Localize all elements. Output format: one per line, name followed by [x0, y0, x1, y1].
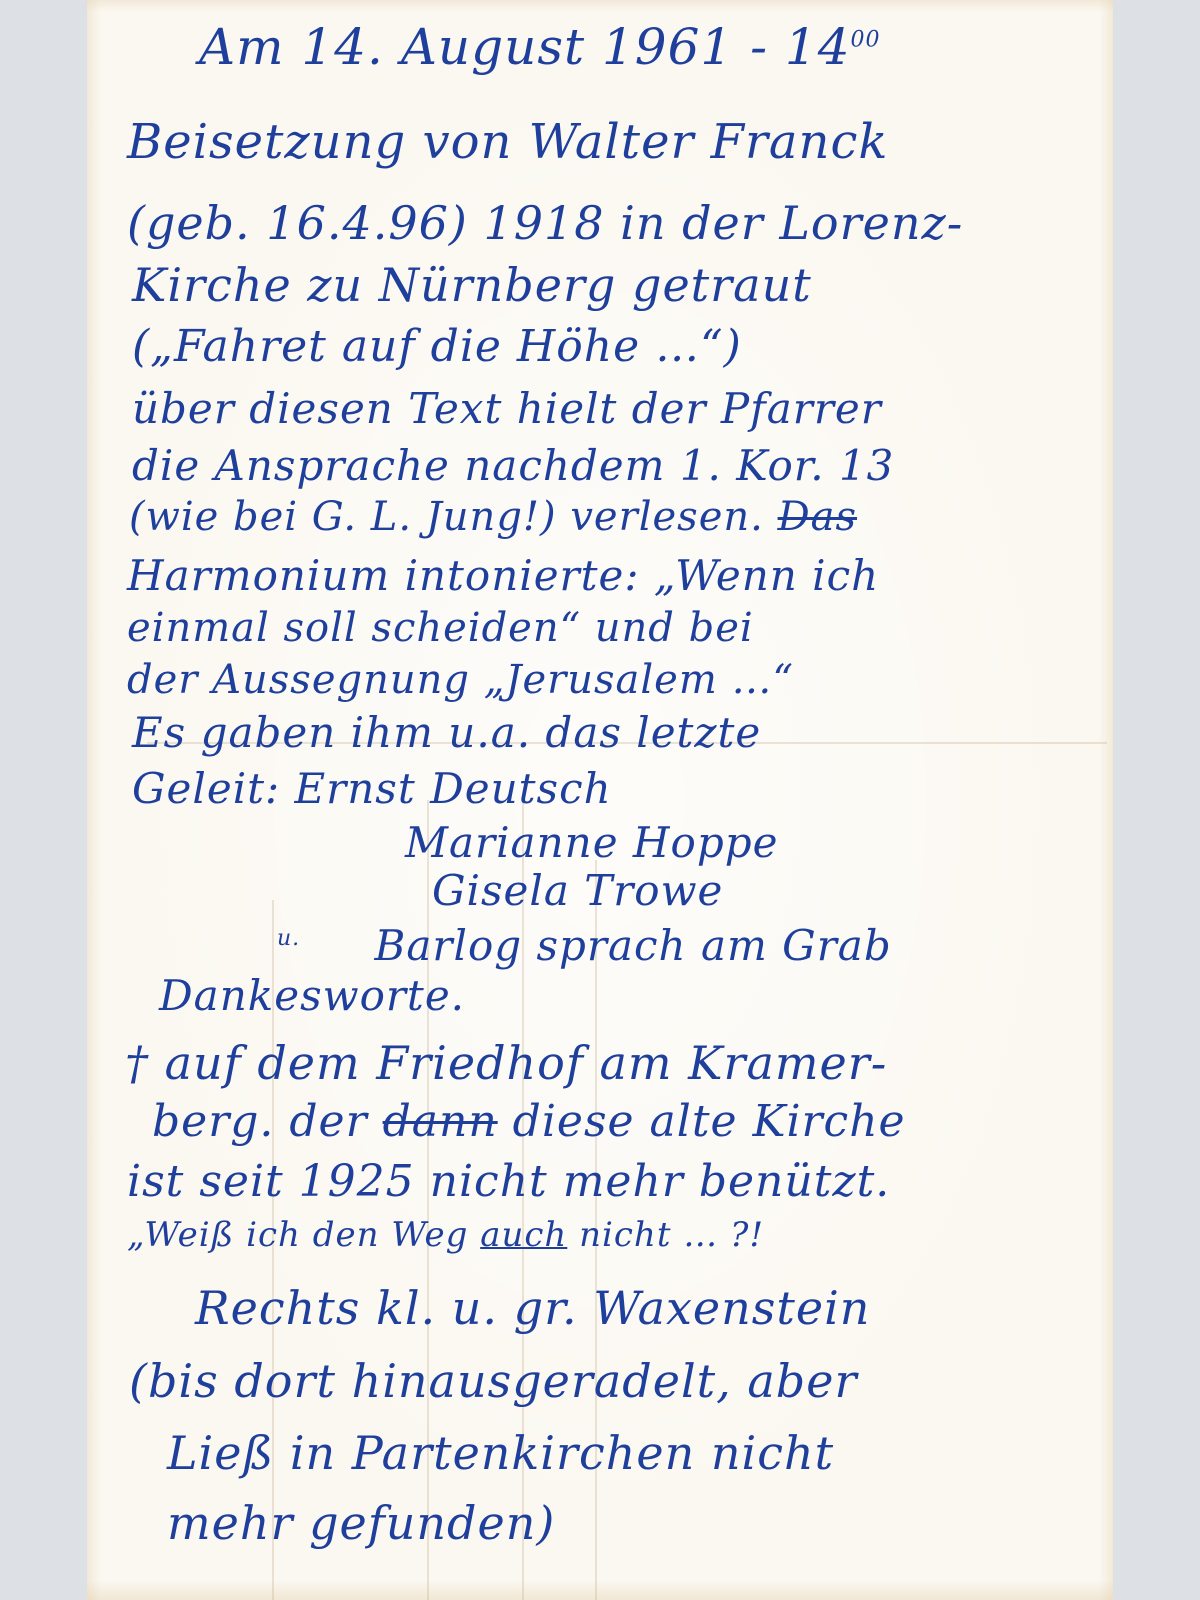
text-line: Ließ in Partenkirchen nicht [167, 1430, 834, 1476]
text-line: Es gaben ihm u.a. das letzte [132, 712, 761, 754]
text-line: einmal soll scheiden“ und bei [127, 608, 754, 648]
text-line: Dankesworte. [159, 975, 465, 1017]
text-line-indented: Gisela Trowe [432, 870, 723, 912]
text-line: („Fahret auf die Höhe …“) [132, 325, 742, 369]
text-line: Kirche zu Nürnberg getraut [132, 262, 812, 308]
text-line: über diesen Text hielt der Pfarrer [132, 388, 882, 430]
text-line: (wie bei G. L. Jung!) verlesen. Das [129, 497, 857, 537]
text-line-date: Am 14. August 1961 - 1400 [199, 22, 881, 72]
crossed-out-word: dann [383, 1096, 498, 1147]
text-line: „Weiß ich den Weg auch nicht … ?! [127, 1218, 764, 1252]
text-line-indented: Marianne Hoppe [405, 822, 778, 864]
text-line: Rechts kl. u. gr. Waxenstein [195, 1285, 870, 1331]
text-line: der Aussegnung „Jerusalem …“ [127, 660, 794, 700]
text-line: die Ansprache nachdem 1. Kor. 13 [132, 445, 894, 487]
text-line: (bis dort hinausgeradelt, aber [129, 1358, 857, 1404]
text-line-indented: u. Barlog sprach am Grab [277, 925, 892, 967]
handwritten-card: Am 14. August 1961 - 1400 Beisetzung von… [87, 0, 1113, 1600]
text-line: (geb. 16.4.96) 1918 in der Lorenz- [127, 200, 963, 246]
text-line: Harmonium intonierte: „Wenn ich [127, 555, 879, 597]
underlined-word: auch [480, 1215, 567, 1255]
text-line: berg. der dann diese alte Kirche [152, 1100, 906, 1144]
text-line: mehr gefunden) [167, 1500, 555, 1546]
text-line: † auf dem Friedhof am Kramer- [125, 1040, 887, 1086]
crossed-out-word: Das [778, 494, 857, 540]
text-line: ist seit 1925 nicht mehr benützt. [127, 1160, 890, 1204]
text-line: Beisetzung von Walter Franck [127, 118, 888, 166]
text-line: Geleit: Ernst Deutsch [132, 768, 612, 810]
